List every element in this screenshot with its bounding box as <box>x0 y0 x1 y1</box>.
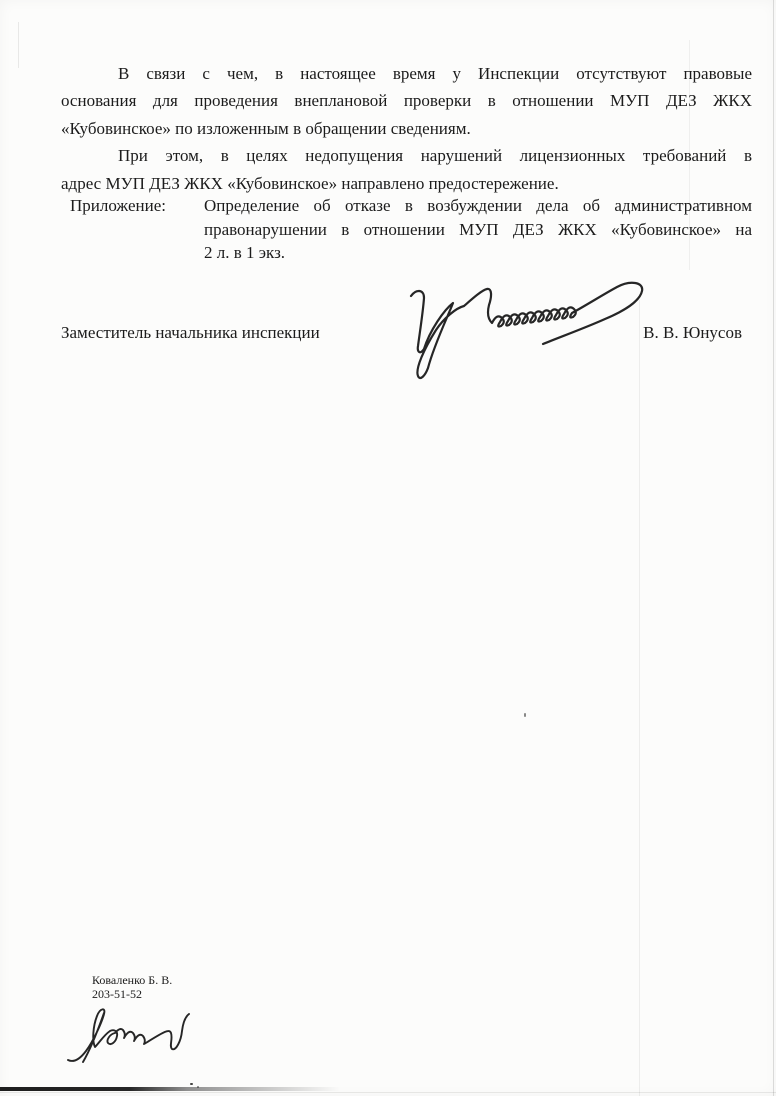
attachment-block: Приложение: Определение об отказе в возб… <box>61 194 752 265</box>
scan-artifact-speck <box>524 713 526 717</box>
paragraph-warning-issued: При этом, в целях недопущения нарушений … <box>61 142 752 197</box>
text-line: адрес МУП ДЕЗ ЖКХ «Кубовинское» направле… <box>61 170 752 197</box>
text-line: 2 л. в 1 экз. <box>204 241 752 265</box>
executor-name: Коваленко Б. В. <box>92 974 172 988</box>
text-line: В связи с чем, в настоящее время у Инспе… <box>61 60 752 87</box>
scan-artifact-hairline <box>18 22 19 68</box>
text-line: основания для проведения внеплановой про… <box>61 87 752 114</box>
paragraph-legal-grounds: В связи с чем, в настоящее время у Инспе… <box>61 60 752 142</box>
signer-name: В. В. Юнусов <box>643 322 742 344</box>
executor-signature-icon <box>68 1009 189 1062</box>
text-line: «Кубовинское» по изложенным в обращении … <box>61 115 752 142</box>
scan-artifact-speck <box>197 1086 199 1088</box>
scan-artifact-speck <box>190 1083 193 1085</box>
scan-artifact-crease-upper <box>689 40 690 270</box>
body-text: В связи с чем, в настоящее время у Инспе… <box>61 60 752 197</box>
executor-phone: 203-51-52 <box>92 988 172 1002</box>
attachment-text: Определение об отказе в возбуждении дела… <box>204 194 752 265</box>
scan-artifact-bottom-bar <box>0 1087 340 1091</box>
attachment-label: Приложение: <box>61 194 204 265</box>
executor-block: Коваленко Б. В. 203-51-52 <box>92 974 172 1001</box>
text-line: Определение об отказе в возбуждении дела… <box>204 194 752 218</box>
scanned-document-page: В связи с чем, в настоящее время у Инспе… <box>0 0 776 1096</box>
text-line: При этом, в целях недопущения нарушений … <box>61 142 752 169</box>
scan-artifact-crease-lower <box>639 300 640 1096</box>
text-line: правонарушении в отношении МУП ДЕЗ ЖКХ «… <box>204 218 752 242</box>
scan-artifact-bottom-edge <box>0 1092 776 1093</box>
scan-artifact-right-edge <box>773 0 774 1096</box>
signer-title: Заместитель начальника инспекции <box>61 322 320 344</box>
